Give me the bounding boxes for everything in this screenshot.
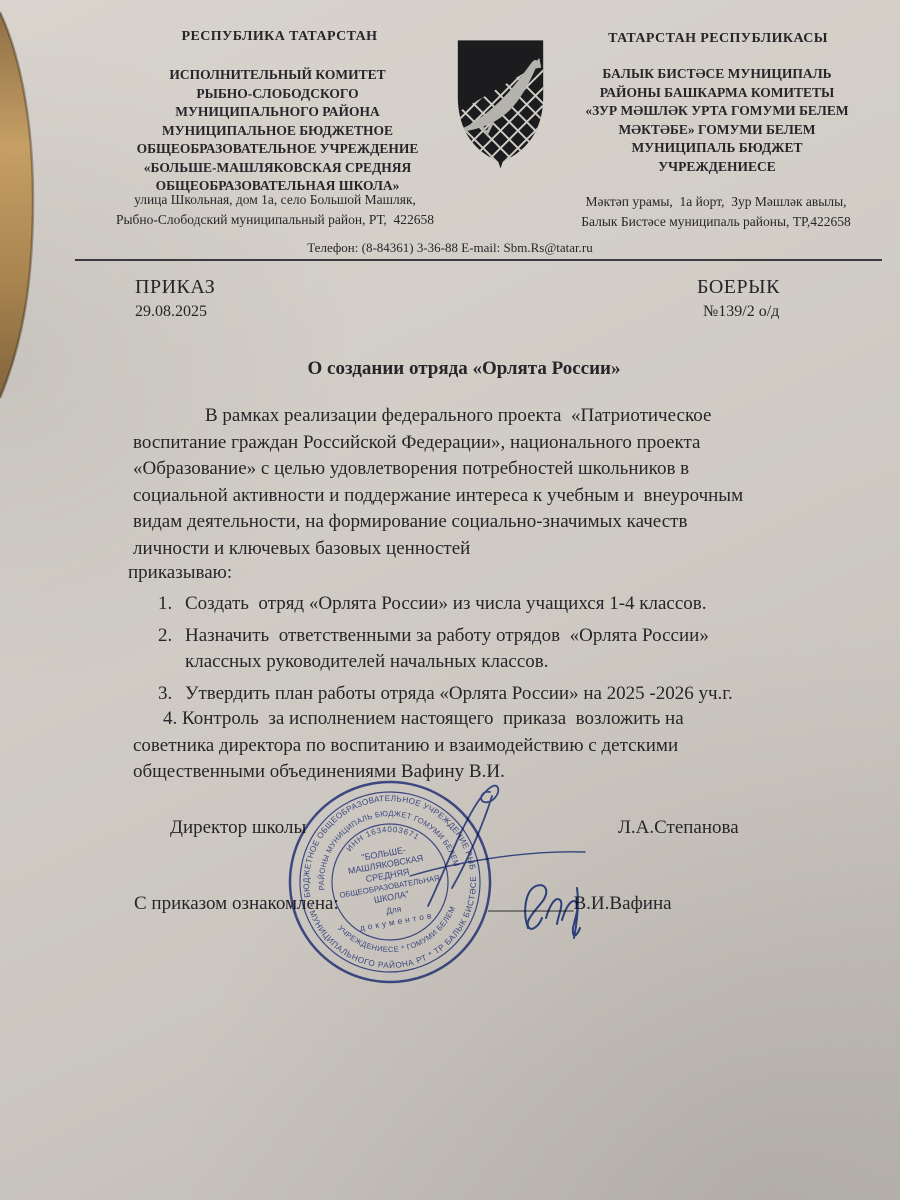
table-edge [0, 0, 48, 420]
handwritten-signatures [380, 760, 640, 960]
order-list: 1. Создать отряд «Орлята России» из числ… [158, 591, 858, 712]
header-divider-rule [75, 259, 882, 261]
order-type-ru: ПРИКАЗ [135, 276, 215, 299]
shield-point [498, 160, 504, 168]
order-number: №139/2 о/д [703, 303, 779, 321]
photo-of-document: { "header": { "left": { "country": "РЕСП… [0, 0, 900, 1200]
order-preamble: В рамках реализации федерального проекта… [133, 403, 851, 562]
item-2-text: Назначить ответственными за работу отряд… [185, 623, 709, 676]
letterhead-right-country: ТАТАРСТАН РЕСПУБЛИКАСЫ [558, 31, 878, 47]
ack-signature-loop [525, 885, 546, 929]
letterhead-right-address: Мәктәп урамы, 1а йорт, Зур Мәшләк авылы,… [548, 192, 884, 232]
letterhead-left-country: РЕСПУБЛИКА ТАТАРСТАН [112, 29, 447, 45]
director-signature-stroke [428, 786, 498, 906]
coat-of-arms-icon [452, 36, 549, 168]
order-item-2: 2. Назначить ответственными за работу от… [158, 623, 858, 676]
letterhead-right-org: БАЛЫК БИСТӘСЕ МУНИЦИПАЛЬ РАЙОНЫ БАШКАРМА… [552, 65, 882, 176]
order-item-3: 3. Утвердить план работы отряда «Орлята … [158, 681, 858, 708]
letterhead-left-address: улица Школьная, дом 1а, село Большой Маш… [90, 190, 460, 230]
decree-word: приказываю: [128, 560, 232, 587]
order-title: О создании отряда «Орлята России» [128, 358, 800, 380]
ack-signature-letters [546, 888, 580, 938]
item-1-number: 1. [158, 591, 185, 618]
order-item-1: 1. Создать отряд «Орлята России» из числ… [158, 591, 858, 618]
item-3-text: Утвердить план работы отряда «Орлята Рос… [185, 681, 733, 708]
item-2-number: 2. [158, 623, 185, 676]
table-wood-wedge [0, 12, 33, 398]
order-type-tat: БОЕРЫК [697, 276, 780, 299]
order-date: 29.08.2025 [135, 303, 207, 321]
contact-line: Телефон: (8-84361) 3-36-88 E-mail: Sbm.R… [100, 240, 800, 256]
letterhead-left-org: ИСПОЛНИТЕЛЬНЫЙ КОМИТЕТ РЫБНО-СЛОБОДСКОГО… [100, 66, 455, 196]
item-3-number: 3. [158, 681, 185, 708]
director-signature-flourish [410, 852, 585, 876]
item-1-text: Создать отряд «Орлята России» из числа у… [185, 591, 707, 618]
